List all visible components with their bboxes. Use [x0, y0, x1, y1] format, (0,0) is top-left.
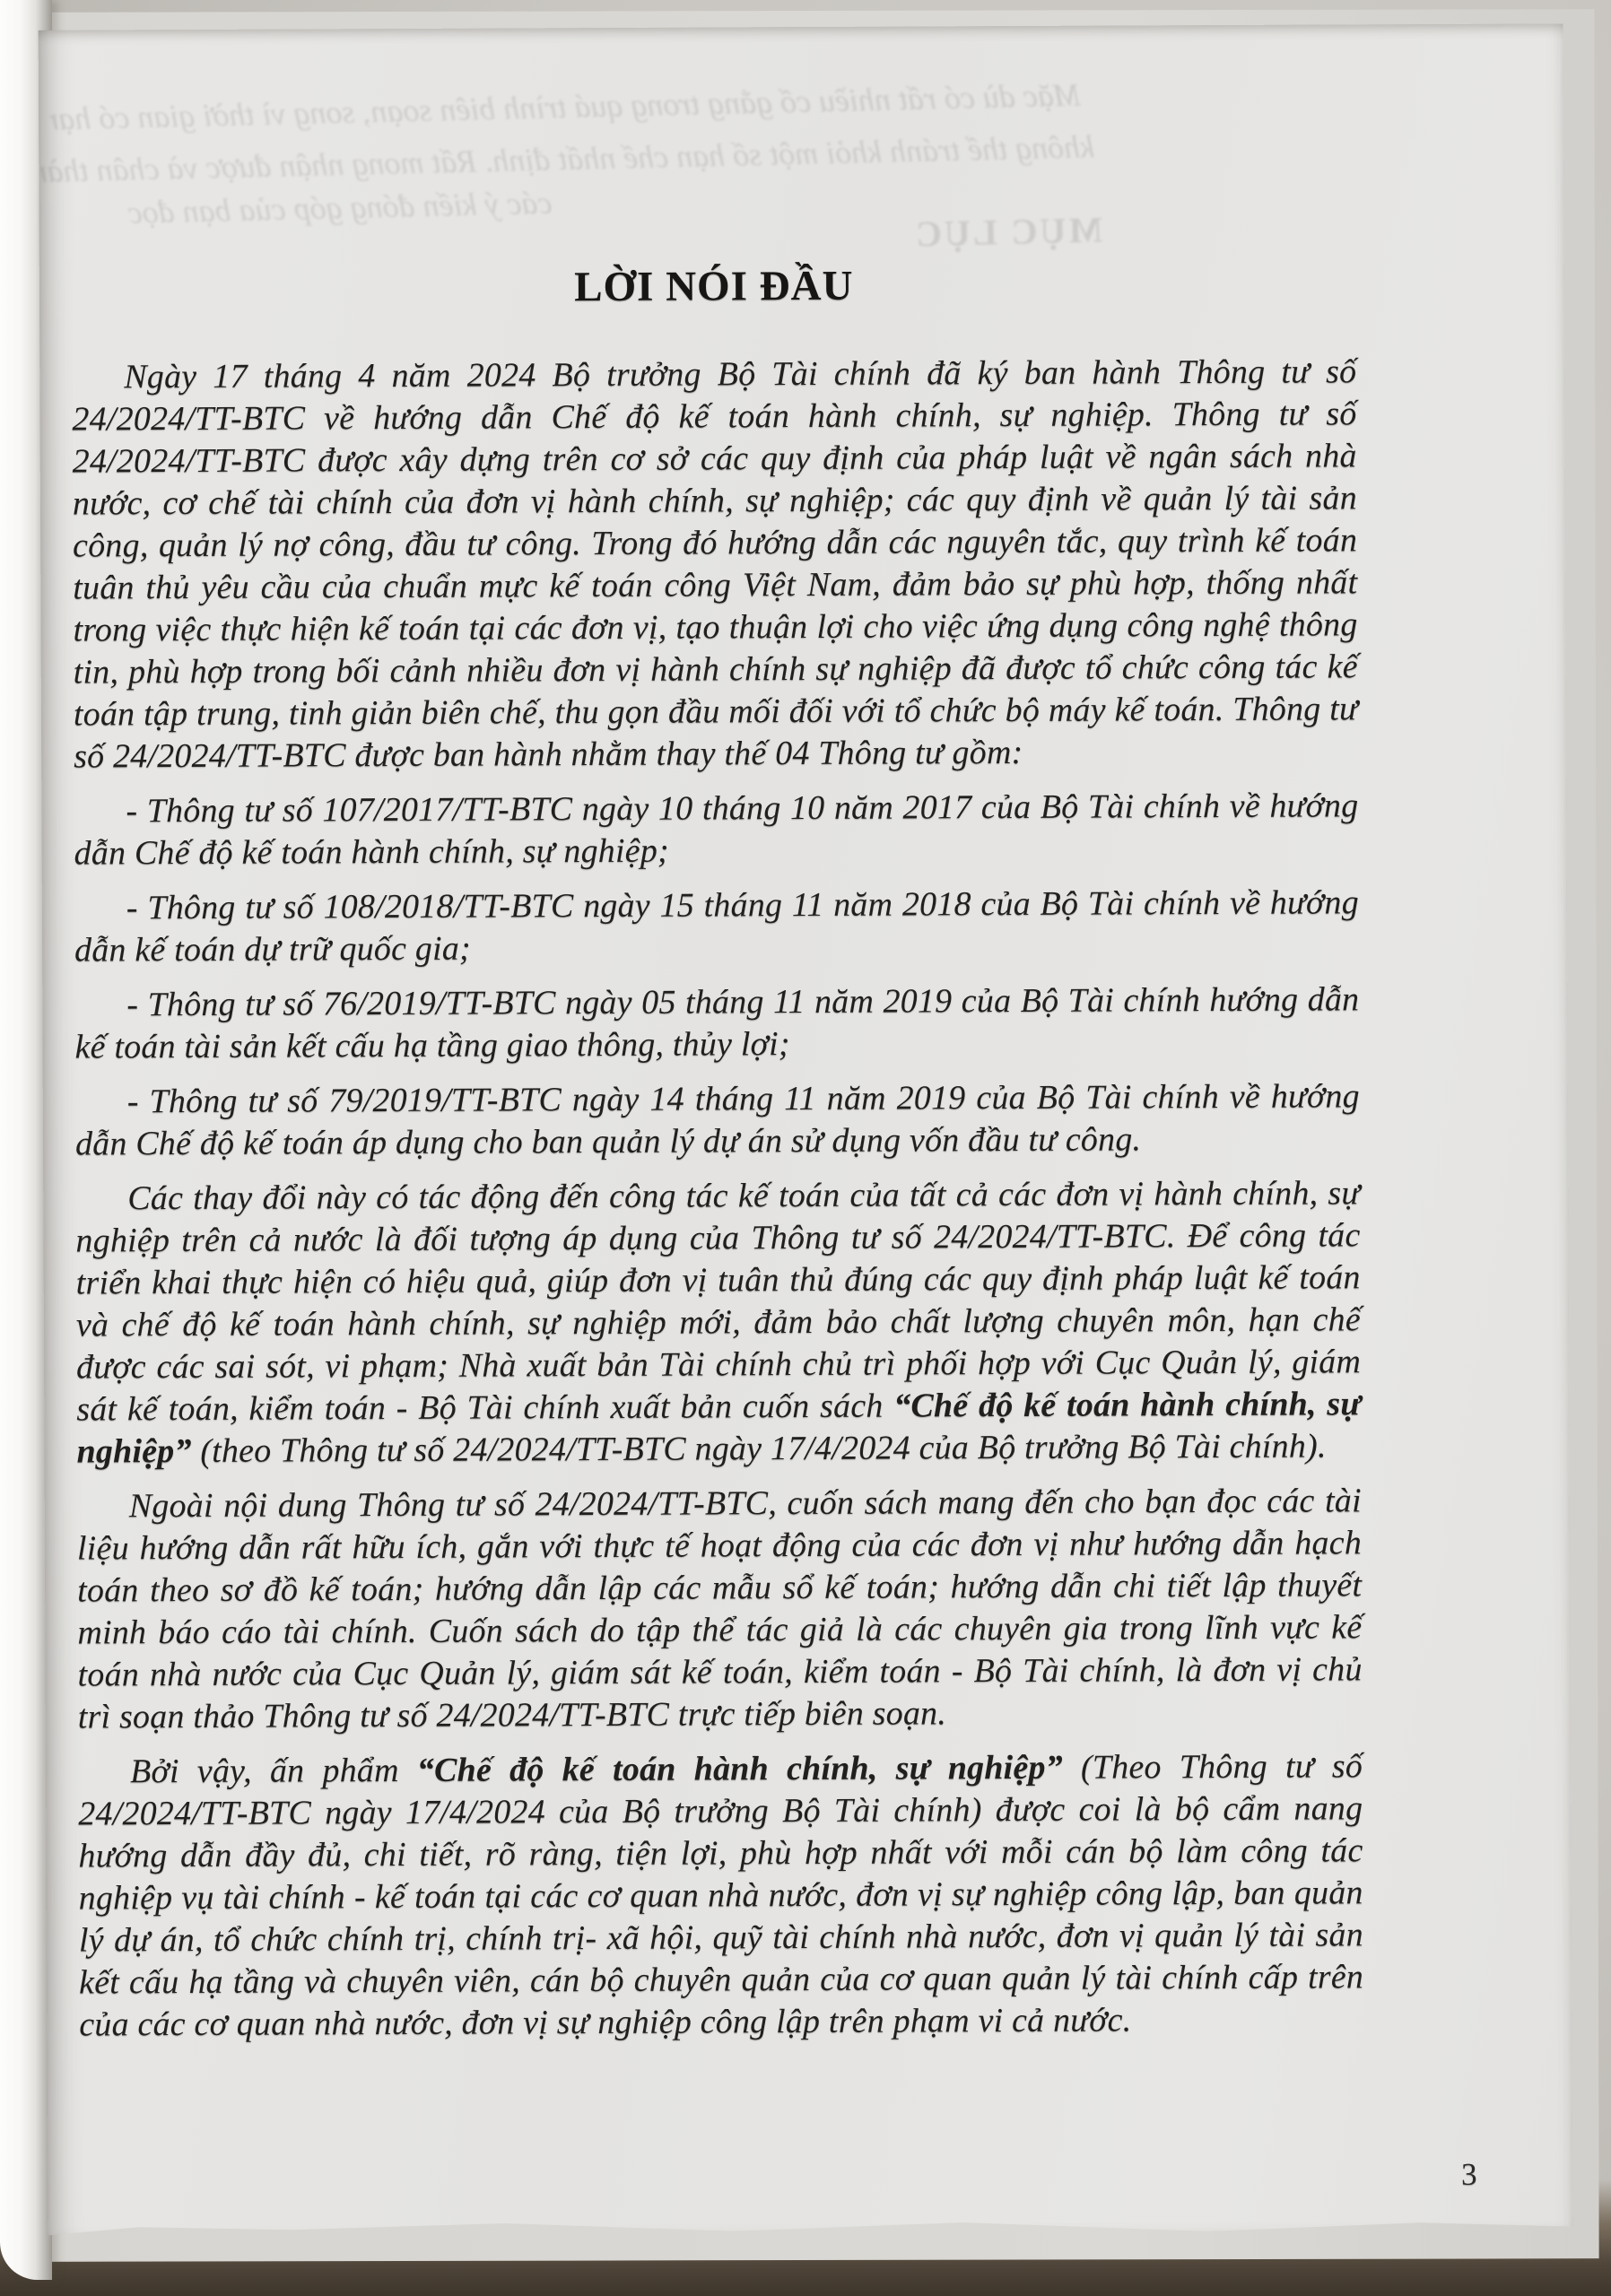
- list-item-circular-108-2018: - Thông tư số 108/2018/TT-BTC ngày 15 th…: [74, 882, 1359, 971]
- list-item-circular-107-2017: - Thông tư số 107/2017/TT-BTC ngày 10 th…: [74, 785, 1358, 874]
- book-page-photo: Mặc dù có rất nhiều cố gắng trong quá tr…: [0, 0, 1611, 2296]
- list-item-circular-76-2019: - Thông tư số 76/2019/TT-BTC ngày 05 thá…: [74, 978, 1359, 1068]
- paragraph-intro: Ngày 17 tháng 4 năm 2024 Bộ trưởng Bộ Tà…: [72, 351, 1358, 778]
- paragraph-contents: Ngoài nội dung Thông tư số 24/2024/TT-BT…: [77, 1480, 1363, 1738]
- book-title-bold: “Chế độ kế toán hành chính, sự nghiệp”: [417, 1749, 1063, 1789]
- paragraph-impact: Các thay đổi này có tác động đến công tá…: [75, 1172, 1361, 1473]
- text-block: LỜI NÓI ĐẦU Ngày 17 tháng 4 năm 2024 Bộ …: [71, 24, 1364, 2058]
- text-segment: Bởi vậy, ấn phẩm: [130, 1752, 417, 1790]
- list-item-circular-79-2019: - Thông tư số 79/2019/TT-BTC ngày 14 thá…: [75, 1075, 1360, 1165]
- paragraph-conclusion: Bởi vậy, ấn phẩm “Chế độ kế toán hành ch…: [78, 1745, 1363, 2046]
- page-title: LỜI NÓI ĐẦU: [72, 259, 1356, 313]
- text-segment: (Theo Thông tư số 24/2024/TT-BTC ngày 17…: [78, 1747, 1363, 2043]
- book-page: Mặc dù có rất nhiều cố gắng trong quá tr…: [39, 23, 1573, 2250]
- text-segment: (theo Thông tư số 24/2024/TT-BTC ngày 17…: [192, 1427, 1327, 1470]
- page-number: 3: [1461, 2157, 1477, 2193]
